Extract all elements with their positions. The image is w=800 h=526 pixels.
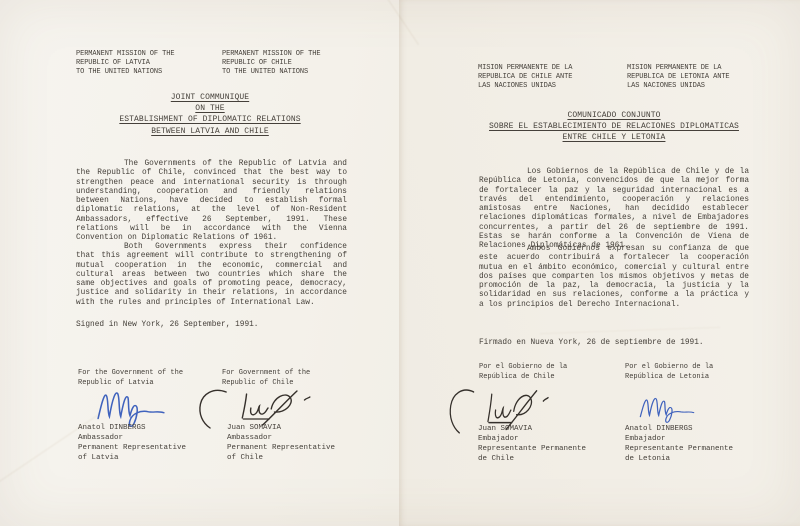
signatory-chile-es: Juan SOMAVIA Embajador Representante Per… xyxy=(478,424,586,464)
body-line: understanding, cooperation and friendly … xyxy=(76,188,347,197)
letterhead-line: LAS NACIONES UNIDAS xyxy=(478,82,572,91)
body-line: same objectives and goals of promoting p… xyxy=(76,280,347,289)
for-government-line: For Government of the xyxy=(222,368,310,378)
signatory-title: Ambassador xyxy=(227,433,335,443)
title-line: ESTABLISHMENT OF DIPLOMATIC RELATIONS xyxy=(119,115,300,124)
body-line: Estas se harán conforme a la Convención … xyxy=(479,233,749,242)
english-communique-page: PERMANENT MISSION OF THE REPUBLIC OF LAT… xyxy=(0,0,399,526)
body-line: dos países que comparten los mismos obje… xyxy=(479,273,749,282)
body-line: Los Gobiernos de la República de Chile y… xyxy=(479,168,749,177)
paragraph-1-es: Los Gobiernos de la República de Chile y… xyxy=(479,168,749,252)
body-line: cultural areas between two countries whi… xyxy=(76,271,347,280)
letterhead-line: PERMANENT MISSION OF THE xyxy=(222,50,320,59)
body-line: Ambassadors, effective 26 September, 199… xyxy=(76,216,347,225)
paragraph-2: Both Governments express their confidenc… xyxy=(76,243,347,308)
paragraph-1: The Governments of the Republic of Latvi… xyxy=(76,160,347,244)
body-line: amistosas entre Naciones, han decidido e… xyxy=(479,205,749,214)
letterhead-line: LAS NACIONES UNIDAS xyxy=(627,82,730,91)
for-government-chile-es: Por el Gobierno de la República de Chile xyxy=(479,362,567,382)
body-line: Both Governments express their confidenc… xyxy=(76,243,347,252)
for-government-line: Por el Gobierno de la xyxy=(625,362,713,372)
document-title-es: COMUNICADO CONJUNTO SOBRE EL ESTABLECIMI… xyxy=(454,110,774,144)
letterhead-line: TO THE UNITED NATIONS xyxy=(76,68,174,77)
signatory-title: Embajador xyxy=(478,434,586,444)
body-line: través del entendimiento, cooperación y … xyxy=(479,196,749,205)
signatory-chile: Juan SOMAVIA Ambassador Permanent Repres… xyxy=(227,423,335,463)
for-government-line: For the Government of the xyxy=(78,368,183,378)
letterhead-line: TO THE UNITED NATIONS xyxy=(222,68,320,77)
body-line: mutual cooperation in the economic, comm… xyxy=(76,262,347,271)
signatory-title: Embajador xyxy=(625,434,733,444)
body-line: relations will be in accordance with the… xyxy=(76,225,347,234)
letterhead-line: REPUBLIC OF CHILE xyxy=(222,59,320,68)
chile-mission-letterhead: PERMANENT MISSION OF THE REPUBLIC OF CHI… xyxy=(222,50,320,77)
latvia-mission-letterhead: PERMANENT MISSION OF THE REPUBLIC OF LAT… xyxy=(76,50,174,77)
signatory-name: Juan SOMAVIA xyxy=(227,423,335,433)
for-government-line: Por el Gobierno de la xyxy=(479,362,567,372)
signatory-role-line: de Chile xyxy=(478,454,586,464)
body-line: that this agreement will contribute to s… xyxy=(76,252,347,261)
letterhead-line: REPUBLICA DE CHILE ANTE xyxy=(478,73,572,82)
title-line: BETWEEN LATVIA AND CHILE xyxy=(151,127,269,136)
signatory-name: Anatol DINBERGS xyxy=(78,423,186,433)
signatory-role-line: of Latvia xyxy=(78,453,186,463)
signed-place-date: Signed in New York, 26 September, 1991. xyxy=(76,321,258,329)
signed-place-date-es: Firmado en Nueva York, 26 de septiembre … xyxy=(479,339,704,347)
title-line: JOINT COMMUNIQUE xyxy=(171,93,249,102)
signatory-role-line: of Chile xyxy=(227,453,335,463)
for-government-line: República de Letonia xyxy=(625,372,713,382)
title-line: ON THE xyxy=(195,104,224,113)
body-line: República de Letonia, convencidos de que… xyxy=(479,177,749,186)
signatory-latvia-es: Anatol DINBERGS Embajador Representante … xyxy=(625,424,733,464)
body-line: mutua en el ámbito económico, comercial … xyxy=(479,264,749,273)
body-line: diplomatic relations, at the level of No… xyxy=(76,206,347,215)
document-title: JOINT COMMUNIQUE ON THE ESTABLISHMENT OF… xyxy=(50,92,370,137)
body-line: solidaridad en sus relaciones, conforme … xyxy=(479,291,749,300)
signatory-latvia: Anatol DINBERGS Ambassador Permanent Rep… xyxy=(78,423,186,463)
letterhead-line: MISION PERMANENTE DE LA xyxy=(478,64,572,73)
body-line: with the rules and principles of Interna… xyxy=(76,299,347,308)
body-line: the Republic of Chile, convinced that th… xyxy=(76,169,347,178)
scanned-communique-document: PERMANENT MISSION OF THE REPUBLIC OF LAT… xyxy=(0,0,800,526)
signatory-role-line: de Letonia xyxy=(625,454,733,464)
for-government-line: República de Chile xyxy=(479,372,567,382)
body-line: justice and solidarity in their relation… xyxy=(76,289,347,298)
spanish-communique-page: MISION PERMANENTE DE LA REPUBLICA DE CHI… xyxy=(399,0,800,526)
letterhead-line: REPUBLIC OF LATVIA xyxy=(76,59,174,68)
paragraph-2-es: Ambos Gobiernos expresan su confianza de… xyxy=(479,245,749,310)
letterhead-line: MISION PERMANENTE DE LA xyxy=(627,64,730,73)
title-line: ENTRE CHILE Y LETONIA xyxy=(563,133,666,142)
latvia-mission-letterhead-es: MISION PERMANENTE DE LA REPUBLICA DE LET… xyxy=(627,64,730,91)
body-line: promoción de la paz, la democracia, la j… xyxy=(479,282,749,291)
signatory-title: Ambassador xyxy=(78,433,186,443)
letterhead-line: PERMANENT MISSION OF THE xyxy=(76,50,174,59)
title-line: COMUNICADO CONJUNTO xyxy=(567,111,660,120)
dinbergs-signature xyxy=(637,392,697,425)
letterhead-line: REPUBLICA DE LETONIA ANTE xyxy=(627,73,730,82)
chile-mission-letterhead-es: MISION PERMANENTE DE LA REPUBLICA DE CHI… xyxy=(478,64,572,91)
signatory-name: Juan SOMAVIA xyxy=(478,424,586,434)
body-line: The Governments of the Republic of Latvi… xyxy=(76,160,347,169)
body-line: Ambos Gobiernos expresan su confianza de… xyxy=(479,245,749,254)
body-line: concurrentes, a partir del 26 de septiem… xyxy=(479,224,749,233)
title-line: SOBRE EL ESTABLECIMIENTO DE RELACIONES D… xyxy=(489,122,739,131)
signatory-name: Anatol DINBERGS xyxy=(625,424,733,434)
for-government-latvia-es: Por el Gobierno de la República de Leton… xyxy=(625,362,713,382)
body-line: a los principios del Derecho Internacion… xyxy=(479,301,749,310)
signatory-role-line: Permanent Representative xyxy=(78,443,186,453)
body-line: between Nations, have decided to establi… xyxy=(76,197,347,206)
body-line: relaciones diplomáticas formales, a nive… xyxy=(479,214,749,223)
signatory-role-line: Representante Permanente xyxy=(478,444,586,454)
body-line: strengthen peace and international secur… xyxy=(76,179,347,188)
signatory-role-line: Representante Permanente xyxy=(625,444,733,454)
signatory-role-line: Permanent Representative xyxy=(227,443,335,453)
body-line: de fortalecer la paz y la seguridad inte… xyxy=(479,187,749,196)
body-line: este acuerdo contribuirá a fortalecer la… xyxy=(479,254,749,263)
